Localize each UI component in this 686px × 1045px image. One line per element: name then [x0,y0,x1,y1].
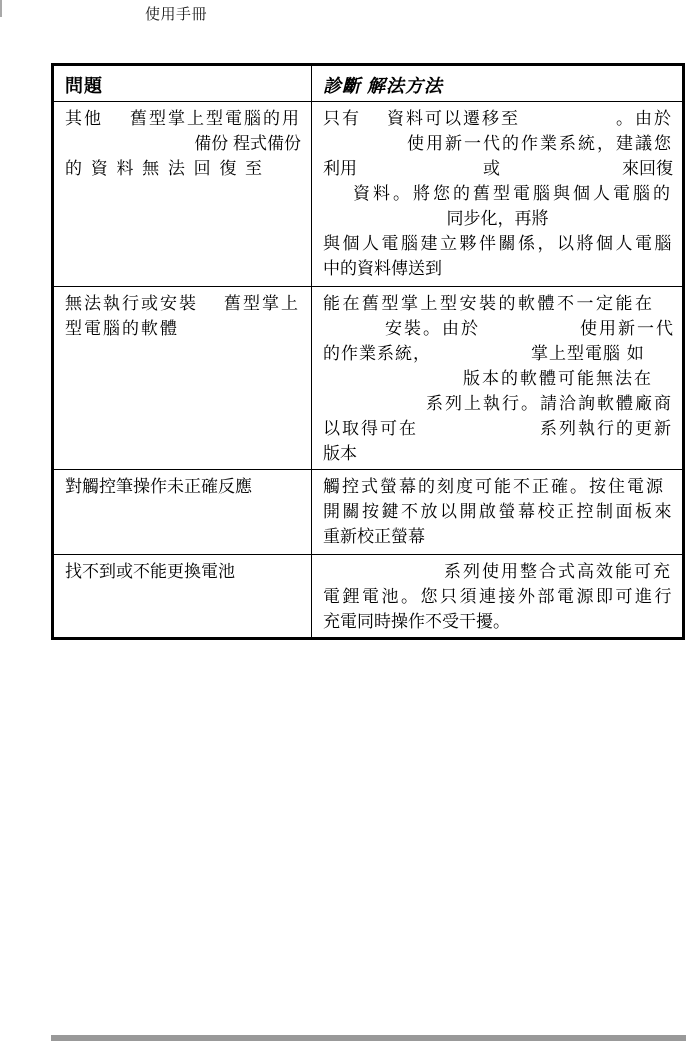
text-line: 版本 [323,441,672,466]
page-edge-mark [0,0,2,17]
text-line: 只有資料可以遷移至。由於 [323,106,672,131]
text-gap [361,123,387,124]
troubleshooting-table: 問題 診斷 解法方法 其他舊型掌上型電腦的用備份 程式備份的 資 料 無 法 回… [51,63,685,640]
text-line: 的 資 料 無 法 回 復 至 [65,156,301,181]
text-gap [323,148,407,149]
table-row: 對觸控筆操作未正確反應觸控式螢幕的刻度可能不正確。按住電源開關按鍵不放以開啟螢幕… [53,470,684,555]
text-line: 以取得可在系列執行的更新 [323,416,672,441]
table-row: 其他舊型掌上型電腦的用備份 程式備份的 資 料 無 法 回 復 至只有資料可以遷… [53,102,684,287]
text-line: 電鋰電池。您只須連接外部電源即可進行 [323,584,672,609]
problem-cell: 找不到或不能更換電池 [53,555,312,639]
text-line: 開關按鍵不放以開啟螢幕校正控制面板來 [323,499,672,524]
text-gap [103,123,130,124]
problem-cell: 無法執行或安裝舊型掌上型電腦的軟體 [53,287,312,470]
text-line: 系列使用整合式高效能可充 [323,559,672,584]
text-gap [323,333,385,334]
text-gap [323,408,426,409]
text-line: 同步化，再將 [323,206,672,231]
text-line: 系列上執行。請洽詢軟體廠商 [323,391,672,416]
text-line: 的作業系統，掌上型電腦 如 [323,341,672,366]
solution-cell: 能在舊型掌上型安裝的軟體不一定能在安裝。由於使用新一代的作業系統，掌上型電腦 如… [312,287,684,470]
table-header: 問題 診斷 解法方法 [53,65,684,102]
text-line: 中的資料傳送到 [323,256,672,281]
text-line: 能在舊型掌上型安裝的軟體不一定能在 [323,291,672,316]
table-row: 找不到或不能更換電池系列使用整合式高效能可充電鋰電池。您只須連接外部電源即可進行… [53,555,684,639]
text-gap [480,333,580,334]
manual-page: 使用手冊 問題 診斷 解法方法 其他舊型掌上型電腦的用備份 程式備份的 資 料 … [0,0,686,1045]
page-title: 使用手冊 [145,5,207,25]
text-line: 找不到或不能更換電池 [65,559,301,584]
text-line: 備份 程式備份 [65,131,301,156]
solution-cell: 觸控式螢幕的刻度可能不正確。按住電源開關按鍵不放以開啟螢幕校正控制面板來重新校正… [312,470,684,555]
text-gap [357,173,483,174]
text-line: 與個人電腦建立夥伴關係，以將個人電腦 [323,231,672,256]
problem-cell: 其他舊型掌上型電腦的用備份 程式備份的 資 料 無 法 回 復 至 [53,102,312,287]
text-gap [323,198,353,199]
table-body: 其他舊型掌上型電腦的用備份 程式備份的 資 料 無 法 回 復 至只有資料可以遷… [53,102,684,639]
text-gap [198,308,224,309]
solution-cell: 系列使用整合式高效能可充電鋰電池。您只須連接外部電源即可進行充電同時操作不受干擾… [312,555,684,639]
text-line: 利用或來回復 [323,156,672,181]
text-line: 重新校正螢幕 [323,524,672,549]
text-line: 資料。將您的舊型電腦與個人電腦的 [323,181,672,206]
text-gap [431,358,531,359]
text-gap [418,433,540,434]
table-header-row: 問題 診斷 解法方法 [53,65,684,102]
problem-cell: 對觸控筆操作未正確反應 [53,470,312,555]
text-line: 版本的軟體可能無法在 [323,366,672,391]
text-line: 充電同時操作不受干擾。 [323,609,672,634]
text-line: 型電腦的軟體 [65,316,301,341]
column-header-problem-label: 問題 [65,76,103,96]
text-line: 無法執行或安裝舊型掌上 [65,291,301,316]
text-line: 使用新一代的作業系統，建議您 [323,131,672,156]
text-gap [500,173,622,174]
text-line: 觸控式螢幕的刻度可能不正確。按住電源 [323,474,672,499]
text-line: 安裝。由於使用新一代 [323,316,672,341]
solution-cell: 只有資料可以遷移至。由於使用新一代的作業系統，建議您利用或來回復資料。將您的舊型… [312,102,684,287]
table-row: 無法執行或安裝舊型掌上型電腦的軟體能在舊型掌上型安裝的軟體不一定能在安裝。由於使… [53,287,684,470]
text-gap [520,123,616,124]
column-header-problem: 問題 [53,65,312,102]
text-gap [323,383,463,384]
text-line: 其他舊型掌上型電腦的用 [65,106,301,131]
column-header-solution-label: 診斷 解法方法 [323,76,443,96]
column-header-solution: 診斷 解法方法 [312,65,684,102]
text-line: 對觸控筆操作未正確反應 [65,474,301,499]
footer-rule [51,1035,686,1041]
